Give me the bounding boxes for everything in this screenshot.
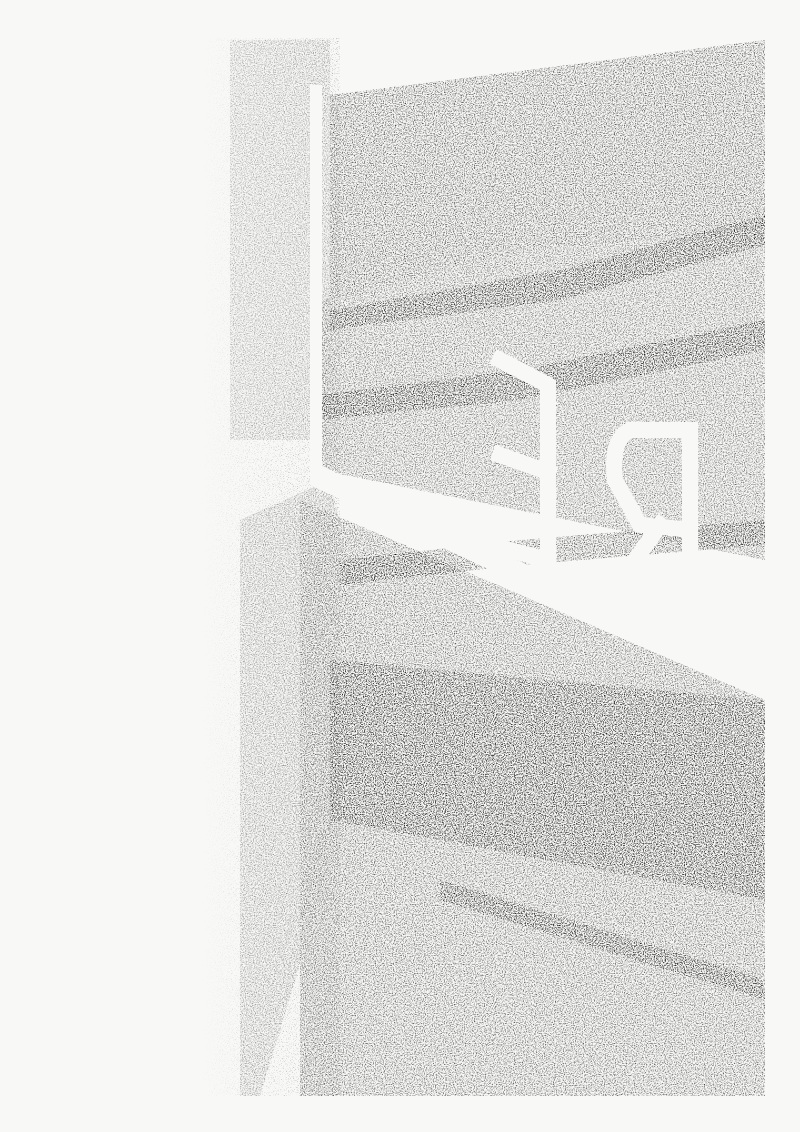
vertical-white-edge [310,85,322,470]
stippled-artwork [0,0,800,1132]
